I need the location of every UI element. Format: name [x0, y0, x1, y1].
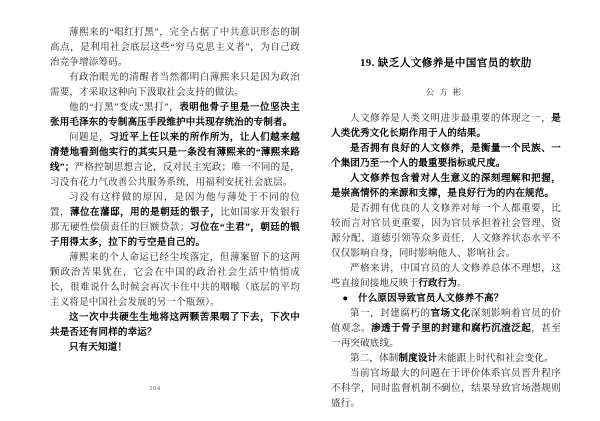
text-run: 他的“打黑”变成“黑打”，	[69, 103, 179, 113]
paragraph: 第一，封建腐朽的官场文化深刻影响着官员的价值观念。渗透于骨子里的封建和腐朽沉渣泛…	[331, 307, 561, 352]
text-run: 人文修养是人类文明进步最重要的体现之一，	[350, 114, 551, 124]
text-run: 未能跟上时代和社会变化。	[437, 354, 553, 364]
bold-text-run: 渗透于骨子里的封建和腐朽沉渣泛起	[371, 324, 531, 334]
text-run: 问题是，	[69, 133, 109, 143]
paragraph: 是否拥有良好的人文修养，是衡量一个民族、一个集团乃至一个人的最重要指标或尺度。	[331, 142, 561, 172]
bold-text-run: 制度设计	[399, 354, 438, 364]
paragraph: 习没有这样做的原因，是因为他与薄处于不同的位置，薄位在藩邸，用的是朝廷的银子，比…	[50, 191, 300, 251]
left-page-number: 104	[125, 385, 185, 392]
right-page-text: 人文修养是人类文明进步最重要的体现之一，是人类优秀文化长期作用于人的结果。是否拥…	[331, 112, 561, 412]
text-run: 薄熙来的个人命运已经尘埃落定，但薄案留下的这两颗政治苦果犹在，它会在中国的政治社…	[50, 253, 300, 308]
text-run: 第二，体制	[350, 354, 399, 364]
bold-text-run: ● 什么原因导致官员人文修养不高？	[342, 294, 503, 304]
text-run: 薄熙来的“唱红打黑”，完全占据了中共意识形态的制高点，是利用社会底层这些“穷马克…	[50, 28, 300, 68]
paragraph: 薄熙来的个人命运已经尘埃落定，但薄案留下的这两颗政治苦果犹在，它会在中国的政治社…	[50, 251, 300, 311]
bold-text-run: 只有天知道！	[69, 343, 127, 353]
paragraph: 严格来讲，中国官员的人文修养总体不理想，这些直接间接地反映于行政行为。	[331, 262, 561, 292]
paragraph: 这一次中共硬生生地将这两颗苦果咽了下去，下次中共是否还有同样的幸运？	[50, 311, 300, 341]
text-run: 。	[457, 279, 467, 289]
bold-text-run: 人文修养包含着对人生意义的深刻理解和把握，是崇高情怀的来源和支撑，是良好行为的内…	[331, 174, 561, 199]
bold-text-run: 薄位在藩邸，用的是朝廷的银子，	[70, 208, 220, 218]
bold-text-run: 这一次中共硬生生地将这两颗苦果咽了下去，下次中共是否还有同样的幸运？	[50, 313, 300, 338]
bold-text-run: 官场文化	[431, 309, 471, 319]
bold-text-run: 是否拥有良好的人文修养，是衡量一个民族、一个集团乃至一个人的最重要指标或尺度。	[331, 144, 561, 169]
paragraph: 人文修养是人类文明进步最重要的体现之一，是人类优秀文化长期作用于人的结果。	[331, 112, 561, 142]
author-name: 公方彬	[331, 86, 561, 98]
paragraph: 第二，体制制度设计未能跟上时代和社会变化。	[331, 352, 561, 367]
left-page-text: 薄熙来的“唱红打黑”，完全占据了中共意识形态的制高点，是利用社会底层这些“穷马克…	[50, 26, 300, 356]
bold-text-run: 行政行为	[418, 279, 457, 289]
paragraph: 只有天知道！	[50, 341, 300, 356]
right-page-number: 105	[415, 385, 475, 392]
paragraph: 人文修养包含着对人生意义的深刻理解和把握，是崇高情怀的来源和支撑，是良好行为的内…	[331, 172, 561, 202]
paragraph: 他的“打黑”变成“黑打”，表明他骨子里是一位坚决主张用毛泽东的专制高压手段维护中…	[50, 101, 300, 131]
paragraph: 有政治眼光的清醒者当然都明白薄熙来只是因为政治需要，才采取这种向下汲取社会支持的…	[50, 71, 300, 101]
paragraph: 薄熙来的“唱红打黑”，完全占据了中共意识形态的制高点，是利用社会底层这些“穷马克…	[50, 26, 300, 71]
paragraph: 是否拥有优良的人文修养对每一个人都重要，比较而言对官员更重要，因为官员承担着社会…	[331, 202, 561, 262]
bullet-paragraph: ● 什么原因导致官员人文修养不高？	[331, 292, 561, 307]
text-run: 是否拥有优良的人文修养对每一个人都重要，比较而言对官员更重要，因为官员承担着社会…	[331, 204, 561, 259]
chapter-title: 19. 缺乏人文修养是中国官员的软肋	[331, 55, 561, 70]
text-run: 第一，封建腐朽的	[350, 309, 431, 319]
text-run: 有政治眼光的清醒者当然都明白薄熙来只是因为政治需要，才采取这种向下汲取社会支持的…	[50, 73, 300, 98]
text-run: 严格控制思想言论，反对民主宪政；唯一不同的是，习没有花力气改善公共服务系统，用福…	[50, 163, 300, 188]
book-spread: 薄熙来的“唱红打黑”，完全占据了中共意识形态的制高点，是利用社会底层这些“穷马克…	[0, 0, 600, 421]
paragraph: 问题是，习近平上任以来的所作所为，让人们越来越清楚地看到他实行的其实只是一条没有…	[50, 131, 300, 191]
